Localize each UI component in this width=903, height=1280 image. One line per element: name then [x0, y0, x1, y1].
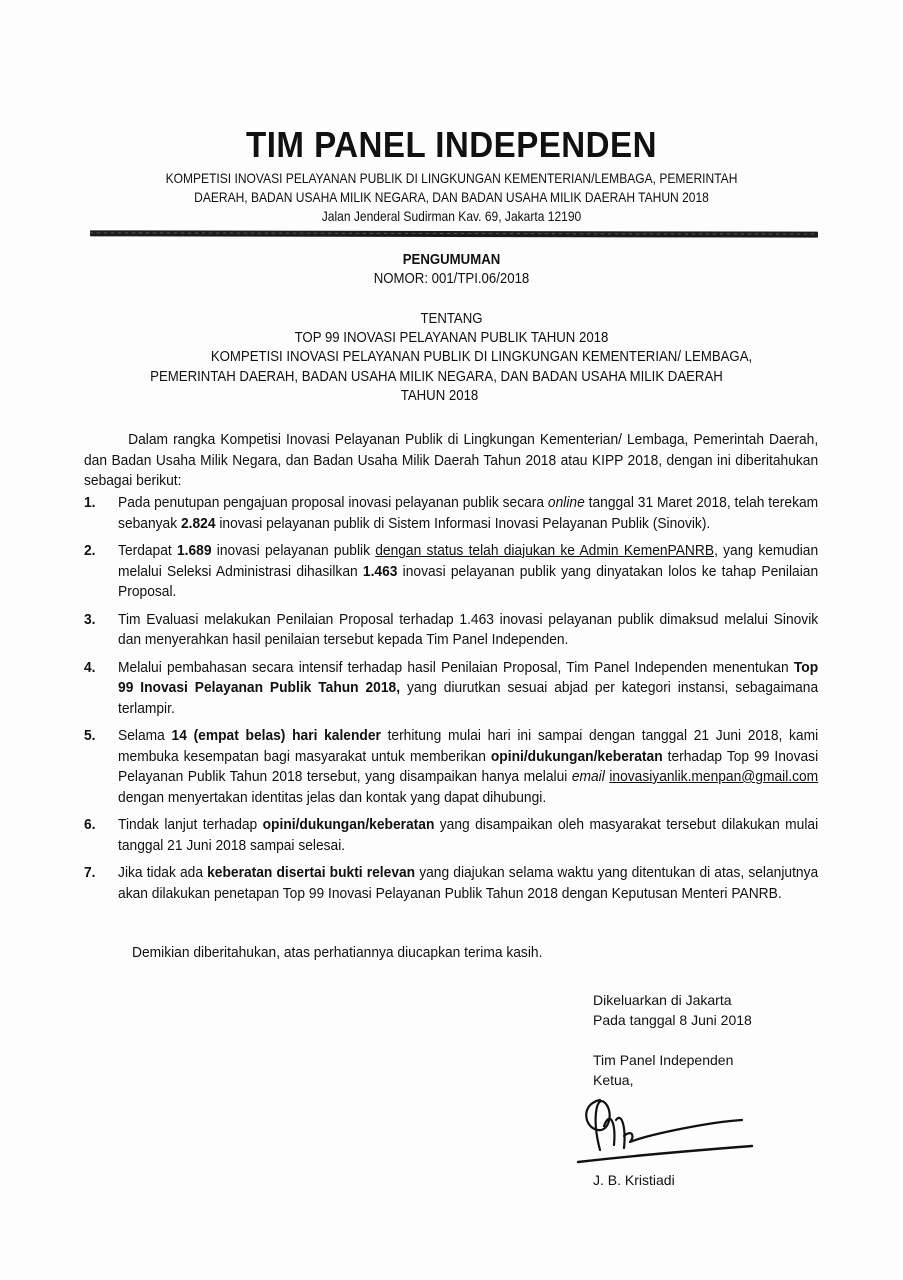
item-number: 2. — [84, 541, 96, 562]
item-count: 1.463 — [363, 563, 398, 580]
announcement-subject-1: TOP 99 INOVASI PELAYANAN PUBLIK TAHUN 20… — [54, 329, 849, 346]
list-item: 5. Selama 14 (empat belas) hari kalender… — [84, 726, 818, 808]
email-link[interactable]: inovasiyanlik.menpan@gmail.com — [609, 768, 818, 785]
item-number: 1. — [84, 493, 96, 514]
issued-date: Pada tanggal 8 Juni 2018 — [593, 1010, 752, 1030]
letterhead-subtitle-1: KOMPETISI INOVASI PELAYANAN PUBLIK DI LI… — [63, 170, 840, 186]
email-label: email — [572, 768, 605, 785]
announcement-page: TIM PANEL INDEPENDEN KOMPETISI INOVASI P… — [0, 0, 903, 1280]
issuance-block: Dikeluarkan di Jakarta Pada tanggal 8 Ju… — [593, 990, 752, 1030]
item-text-underlined: dengan status telah diajukan ke Admin Ke… — [375, 542, 714, 559]
announcement-subject-2: KOMPETISI INOVASI PELAYANAN PUBLIK DI LI… — [84, 348, 879, 365]
item-text: Selama — [118, 727, 171, 744]
list-item: 7. Jika tidak ada keberatan disertai buk… — [84, 863, 818, 904]
signatory-name: J. B. Kristiadi — [593, 1170, 675, 1190]
item-number: 3. — [84, 610, 96, 631]
item-text: Melalui pembahasan secara intensif terha… — [118, 659, 794, 676]
item-text-bold: keberatan disertai bukti relevan — [207, 864, 415, 881]
announcement-items: 1. Pada penutupan pengajuan proposal ino… — [84, 493, 818, 911]
item-text-bold: opini/dukungan/keberatan — [491, 748, 663, 765]
item-text: dengan menyertakan identitas jelas dan k… — [118, 789, 546, 806]
list-item: 2. Terdapat 1.689 inovasi pelayanan publ… — [84, 541, 818, 603]
item-number: 4. — [84, 658, 96, 679]
issued-at: Dikeluarkan di Jakarta — [593, 990, 752, 1010]
announcement-heading: PENGUMUMAN — [54, 251, 849, 268]
item-text: Terdapat — [118, 542, 177, 559]
item-text: inovasi pelayanan publik — [212, 542, 376, 559]
list-item: 1. Pada penutupan pengajuan proposal ino… — [84, 493, 818, 534]
item-text: Jika tidak ada — [118, 864, 207, 881]
list-item: 3. Tim Evaluasi melakukan Penilaian Prop… — [84, 610, 818, 651]
letterhead-subtitle-2: DAERAH, BADAN USAHA MILIK NEGARA, DAN BA… — [63, 189, 840, 205]
item-text-bold: opini/dukungan/keberatan — [263, 816, 435, 833]
item-number: 5. — [84, 726, 96, 747]
signatory-block: Tim Panel Independen Ketua, — [593, 1050, 733, 1090]
announcement-about-label: TENTANG — [54, 310, 849, 327]
list-item: 6. Tindak lanjut terhadap opini/dukungan… — [84, 815, 818, 856]
item-text-italic: online — [548, 494, 585, 511]
announcement-number: NOMOR: 001/TPI.06/2018 — [54, 270, 849, 287]
letterhead-divider — [90, 230, 818, 237]
item-number: 6. — [84, 815, 96, 836]
item-text-bold: 14 (empat belas) hari kalender — [172, 727, 381, 744]
item-count: 1.689 — [177, 542, 212, 559]
item-text: inovasi pelayanan publik di Sistem Infor… — [216, 515, 711, 532]
item-text: Pada penutupan pengajuan proposal inovas… — [118, 494, 548, 511]
list-item: 4. Melalui pembahasan secara intensif te… — [84, 658, 818, 720]
closing-statement: Demikian diberitahukan, atas perhatianny… — [132, 944, 542, 961]
handwritten-signature-icon — [570, 1090, 770, 1170]
item-number: 7. — [84, 863, 96, 884]
signatory-organization: Tim Panel Independen — [593, 1050, 733, 1070]
announcement-subject-4: TAHUN 2018 — [42, 387, 837, 404]
intro-paragraph: Dalam rangka Kompetisi Inovasi Pelayanan… — [84, 430, 818, 492]
item-text: Tim Evaluasi melakukan Penilaian Proposa… — [118, 611, 818, 649]
item-text: Tindak lanjut terhadap — [118, 816, 263, 833]
signatory-position: Ketua, — [593, 1070, 733, 1090]
letterhead-title: TIM PANEL INDEPENDEN — [36, 124, 867, 166]
item-count: 2.824 — [181, 515, 216, 532]
announcement-subject-3: PEMERINTAH DAERAH, BADAN USAHA MILIK NEG… — [39, 368, 834, 385]
letterhead-address: Jalan Jenderal Sudirman Kav. 69, Jakarta… — [63, 208, 840, 224]
